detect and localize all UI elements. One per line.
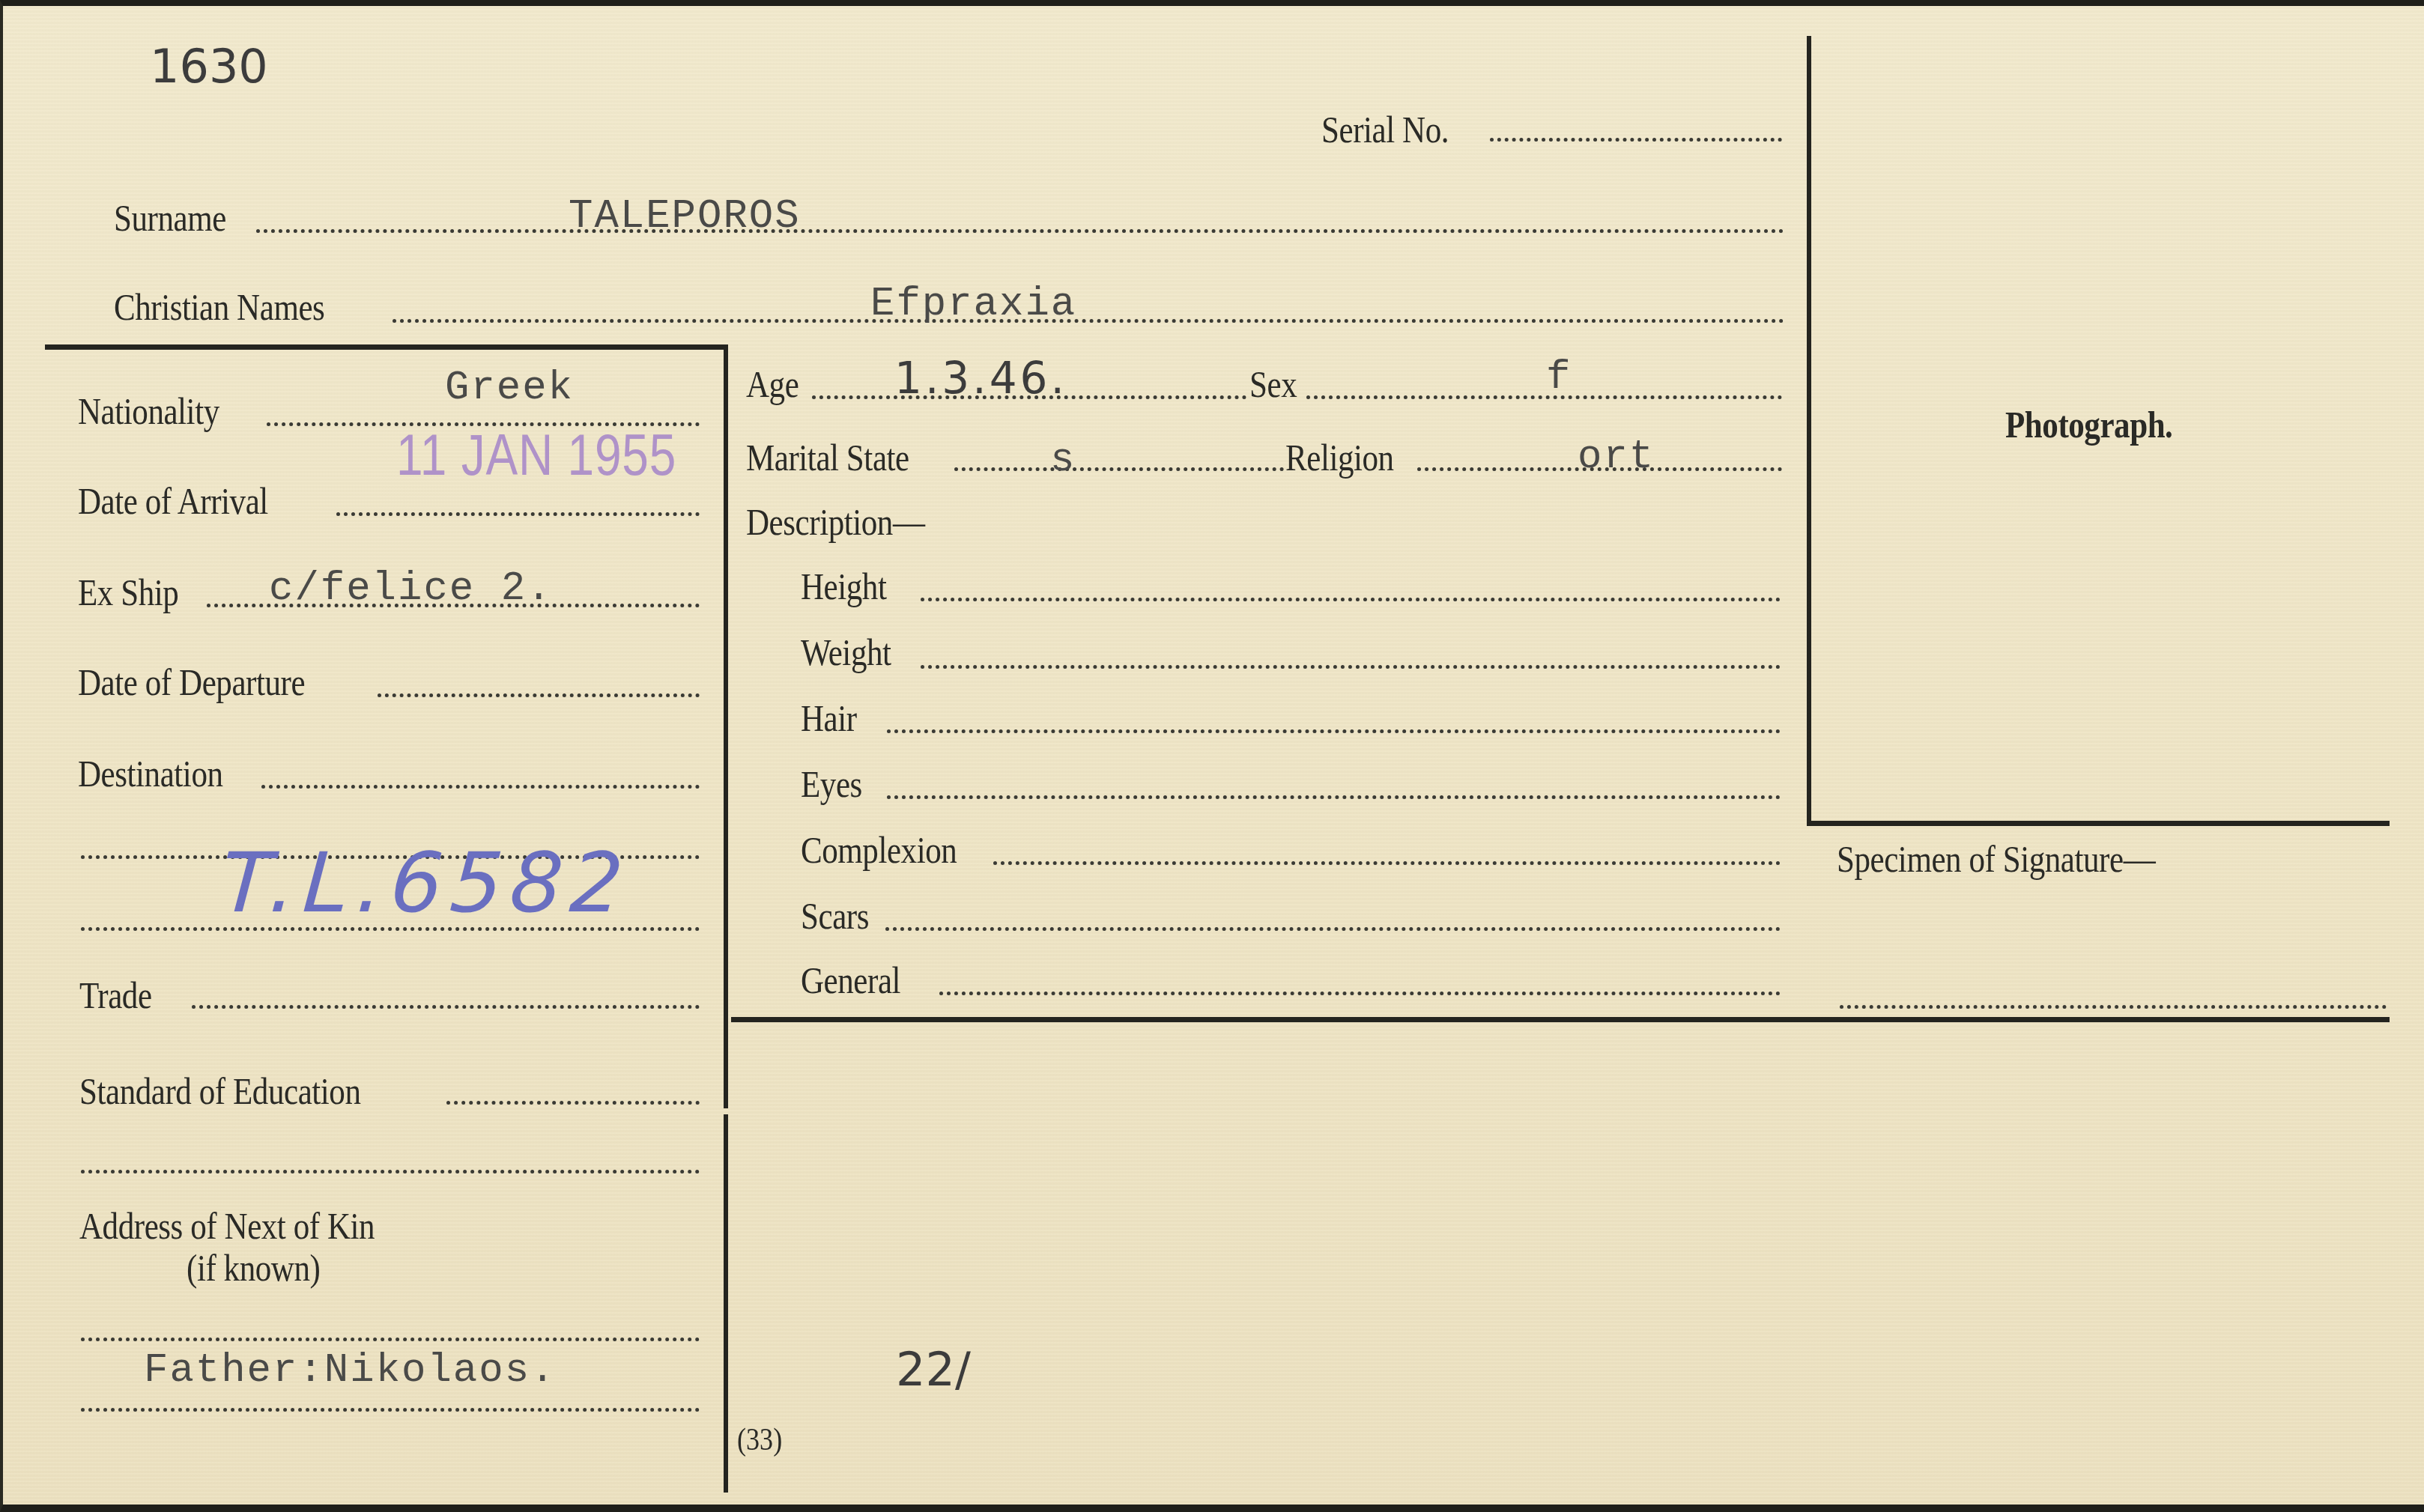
complexion-label: Complexion <box>801 831 957 869</box>
serial-no-label: Serial No. <box>1321 111 1449 148</box>
standard-of-education-label: Standard of Education <box>79 1072 360 1110</box>
christian-names-field[interactable] <box>393 319 1784 323</box>
surname-value: TALEPOROS <box>569 197 801 237</box>
surname-label: Surname <box>114 199 226 237</box>
general-field[interactable] <box>939 992 1781 995</box>
trade-field[interactable] <box>192 1005 700 1009</box>
general-label: General <box>801 962 900 999</box>
date-of-departure-field[interactable] <box>378 693 700 697</box>
scars-label: Scars <box>801 897 869 935</box>
standard-of-education-field[interactable] <box>446 1101 700 1105</box>
weight-label: Weight <box>801 634 891 671</box>
next-of-kin-sublabel: (if known) <box>187 1249 320 1287</box>
religion-value: ort <box>1578 437 1655 478</box>
left-box-right-border <box>724 344 728 1108</box>
marital-state-value: s <box>1050 440 1076 481</box>
date-of-arrival-label: Date of Arrival <box>78 482 268 520</box>
destination-label: Destination <box>78 755 223 792</box>
description-bottom-border <box>731 1017 2390 1022</box>
next-of-kin-field-line-1[interactable] <box>81 1338 700 1341</box>
standard-of-education-field-line-2[interactable] <box>81 1170 700 1174</box>
photograph-label: Photograph. <box>2005 406 2172 443</box>
next-of-kin-label: Address of Next of Kin <box>79 1207 375 1245</box>
surname-field[interactable] <box>256 229 1784 233</box>
marital-state-label: Marital State <box>746 439 909 476</box>
weight-field[interactable] <box>921 665 1781 669</box>
nationality-value: Greek <box>445 368 574 409</box>
description-heading: Description— <box>746 503 924 541</box>
complexion-field[interactable] <box>993 861 1781 865</box>
eyes-field[interactable] <box>887 795 1781 799</box>
hair-field[interactable] <box>887 729 1781 733</box>
height-label: Height <box>801 568 886 605</box>
left-box-top-border <box>45 344 728 350</box>
serial-no-field[interactable] <box>1490 138 1782 142</box>
destination-field-line-3[interactable] <box>81 927 700 931</box>
date-of-arrival-field[interactable] <box>336 512 700 516</box>
height-field[interactable] <box>921 598 1781 601</box>
sex-field[interactable] <box>1306 395 1782 399</box>
age-label: Age <box>746 365 799 403</box>
marital-state-field[interactable] <box>954 467 1284 471</box>
handwritten-reference: T.L.6582 <box>219 842 633 924</box>
eyes-label: Eyes <box>801 765 862 803</box>
ex-ship-label: Ex Ship <box>78 574 178 611</box>
photo-box-bottom-border <box>1807 821 2390 826</box>
sex-value: f <box>1546 358 1572 398</box>
signature-label[interactable]: Specimen of Signature— <box>1837 840 2155 878</box>
card-number: 1630 <box>150 43 268 90</box>
next-of-kin-value: Father:Nikolaos. <box>144 1351 556 1391</box>
age-value: 1.3.46. <box>894 356 1067 400</box>
trade-label: Trade <box>79 977 152 1014</box>
left-box-right-border-lower <box>724 1114 728 1493</box>
destination-field[interactable] <box>261 785 700 789</box>
arrival-date-stamp: 11 JAN 1955 <box>396 425 676 484</box>
date-of-departure-label: Date of Departure <box>78 664 305 701</box>
religion-label: Religion <box>1285 439 1394 476</box>
form-code: (33) <box>737 1424 782 1456</box>
next-of-kin-field-line-2[interactable] <box>81 1408 700 1412</box>
signature-field[interactable] <box>1840 1005 2387 1009</box>
hair-label: Hair <box>801 699 857 737</box>
christian-names-label: Christian Names <box>114 288 324 326</box>
sex-label: Sex <box>1249 365 1297 403</box>
ex-ship-value: c/felice 2. <box>269 569 552 610</box>
christian-names-value: Efpraxia <box>870 285 1076 325</box>
handwritten-note: 22/ <box>896 1346 971 1393</box>
scars-field[interactable] <box>885 927 1781 931</box>
photo-box-left-border <box>1807 36 1811 824</box>
nationality-label: Nationality <box>78 392 219 430</box>
registration-card: 1630 Serial No. Surname TALEPOROS Christ… <box>0 0 2424 1512</box>
